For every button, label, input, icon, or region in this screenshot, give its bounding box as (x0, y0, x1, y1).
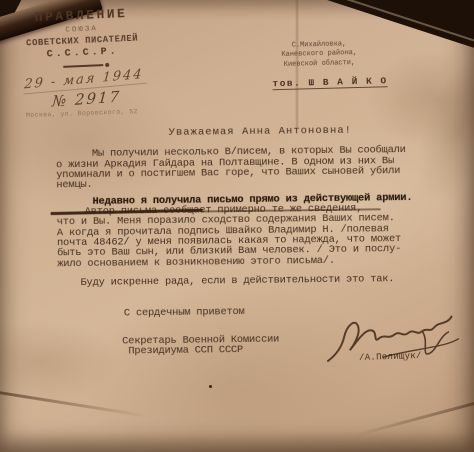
letterhead-stamp: ПРАВЛЕНИЕ СОЮЗА СОВЕТСКИХ ПИСАТЕЛЕЙ С.С.… (11, 5, 153, 70)
recipient-block: С.Михайловка, Каневского района, Киевско… (271, 40, 367, 91)
photo-backdrop: ПРАВЛЕНИЕ СОЮЗА СОВЕТСКИХ ПИСАТЕЛЕЙ С.С.… (0, 0, 474, 452)
